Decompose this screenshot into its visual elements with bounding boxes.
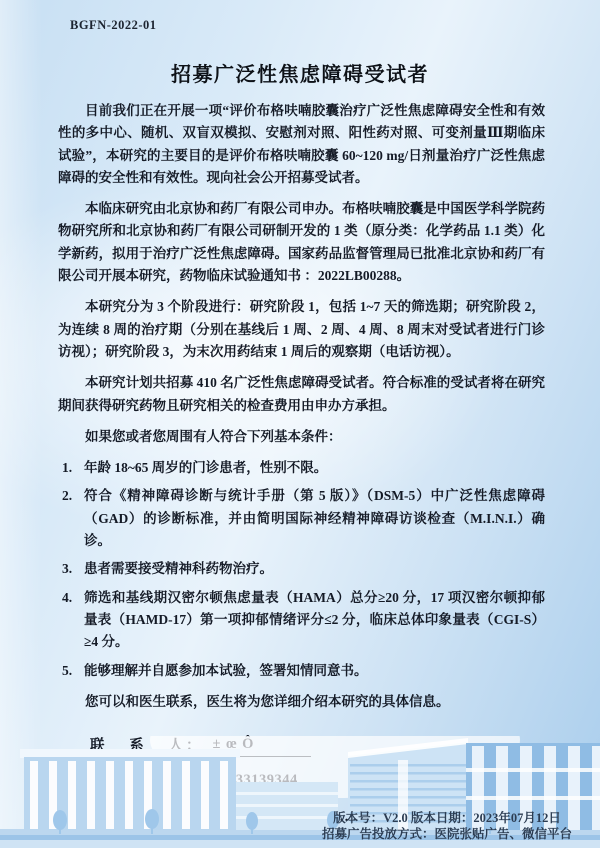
item-number: 1. xyxy=(58,457,84,479)
contact-person-value: ± œ Ô xyxy=(207,733,311,757)
doc-code: BGFN-2022-01 xyxy=(70,18,157,33)
page-title: 招募广泛性焦虑障碍受试者 xyxy=(0,58,600,87)
item-number: 5. xyxy=(58,660,84,682)
contact-colon: ： xyxy=(186,735,201,757)
item-number: 4. xyxy=(58,587,84,654)
footer-channel-line: 招募广告投放方式：医院张贴广告、微信平台 xyxy=(322,827,572,843)
contact-phone-label: 联系电话 xyxy=(90,771,184,793)
contact-colon: ： xyxy=(186,808,201,830)
flyer-body: 目前我们正在开展一项“评价布格呋喃胶囊治疗广泛性焦虑障碍安全性和有效性的多中心、… xyxy=(58,100,545,842)
recruitment-flyer-page: BGFN-2022-01 招募广泛性焦虑障碍受试者 目前我们正在开展一项“评价布… xyxy=(0,0,600,848)
item-text: 筛选和基线期汉密尔顿焦虑量表（HAMA）总分≥20 分，17 项汉密尔顿抑郁量表… xyxy=(84,587,545,654)
list-item: 2. 符合《精神障碍诊断与统计手册（第 5 版）》（DSM-5）中广泛性焦虑障碍… xyxy=(58,485,545,552)
paragraph-study-phases: 本研究分为 3 个阶段进行：研究阶段 1，包括 1~7 天的筛选期；研究阶段 2… xyxy=(58,296,545,363)
contact-address-label: 地址 xyxy=(90,808,184,830)
contact-phone-value: 15733139344 xyxy=(207,769,323,793)
footer: 版本号：V2.0 版本日期：2023年07月12日 招募广告投放方式：医院张贴广… xyxy=(322,811,572,842)
list-item: 1. 年龄 18~65 周岁的门诊患者，性别不限。 xyxy=(58,457,545,479)
contact-phone-row: 联系电话 ： 15733139344 xyxy=(90,769,545,793)
contact-colon: ： xyxy=(186,771,201,793)
list-item: 3. 患者需要接受精神科药物治疗。 xyxy=(58,558,545,580)
footer-version-line: 版本号：V2.0 版本日期：2023年07月12日 xyxy=(322,811,572,827)
paragraph-criteria-intro: 如果您或者您周围有人符合下列基本条件： xyxy=(58,426,545,448)
item-text: 年龄 18~65 周岁的门诊患者，性别不限。 xyxy=(84,457,545,479)
paragraph-enrollment-plan: 本研究计划共招募 410 名广泛性焦虑障碍受试者。符合标准的受试者将在研究期间获… xyxy=(58,372,545,417)
item-number: 3. xyxy=(58,558,84,580)
paragraph-study-overview: 目前我们正在开展一项“评价布格呋喃胶囊治疗广泛性焦虑障碍安全性和有效性的多中心、… xyxy=(58,100,545,189)
criteria-list: 1. 年龄 18~65 周岁的门诊患者，性别不限。 2. 符合《精神障碍诊断与统… xyxy=(58,457,545,682)
contact-person-label: 联系人 xyxy=(90,735,184,757)
list-item: 5. 能够理解并自愿参加本试验，签署知情同意书。 xyxy=(58,660,545,682)
item-text: 能够理解并自愿参加本试验，签署知情同意书。 xyxy=(84,660,545,682)
item-text: 符合《精神障碍诊断与统计手册（第 5 版）》（DSM-5）中广泛性焦虑障碍（GA… xyxy=(84,485,545,552)
contact-person-row: 联系人 ： ± œ Ô xyxy=(90,733,545,757)
item-text: 患者需要接受精神科药物治疗。 xyxy=(84,558,545,580)
list-item: 4. 筛选和基线期汉密尔顿焦虑量表（HAMA）总分≥20 分，17 项汉密尔顿抑… xyxy=(58,587,545,654)
item-number: 2. xyxy=(58,485,84,552)
paragraph-closing: 您可以和医生联系，医生将为您详细介绍本研究的具体信息。 xyxy=(58,691,545,713)
paragraph-sponsor-info: 本临床研究由北京协和药厂有限公司申办。布格呋喃胶囊是中国医学科学院药物研究所和北… xyxy=(58,198,545,287)
